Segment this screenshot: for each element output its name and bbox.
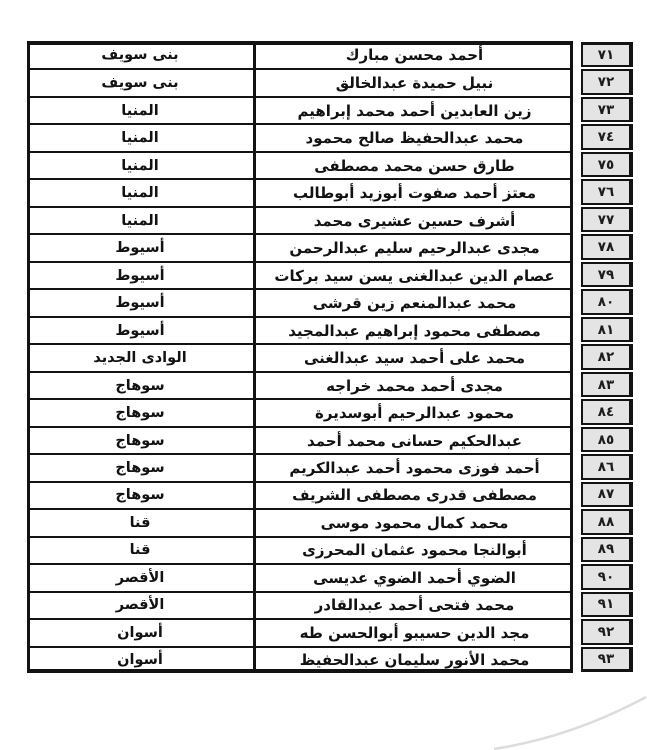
candidate-name: محمود عبدالرحيم أبوسديرة (253, 400, 573, 425)
row-main-cells: محمد عبدالمنعم زين قرشى أسيوط (27, 288, 573, 315)
row-number: ٩٠ (581, 564, 633, 589)
candidate-name: مصطفى قدرى مصطفى الشريف (253, 483, 573, 508)
governorate: سوهاج (27, 428, 253, 453)
row-number: ٨٦ (581, 454, 633, 479)
candidate-name: أحمد محسن مبارك (253, 41, 573, 68)
row-main-cells: عصام الدين عبدالغنى يسن سيد بركات أسيوط (27, 261, 573, 288)
row-main-cells: محمد على أحمد سيد عبدالغنى الوادى الجديد (27, 343, 573, 370)
governorate: قنا (27, 510, 253, 535)
governorate: الوادى الجديد (27, 345, 253, 370)
candidate-name: عصام الدين عبدالغنى يسن سيد بركات (253, 263, 573, 288)
candidate-name: محمد عبدالحفيظ صالح محمود (253, 125, 573, 150)
table-row: ٨٤ محمود عبدالرحيم أبوسديرة سوهاج (27, 398, 633, 425)
row-main-cells: محمود عبدالرحيم أبوسديرة سوهاج (27, 398, 573, 425)
table-row: ٩١ محمد فتحى أحمد عبدالقادر الأقصر (27, 591, 633, 618)
governorate: سوهاج (27, 483, 253, 508)
table-row: ٧٧ أشرف حسين عشيرى محمد المنيا (27, 206, 633, 233)
governorate: بنى سويف (27, 70, 253, 95)
row-main-cells: مصطفى محمود إبراهيم عبدالمجيد أسيوط (27, 316, 573, 343)
candidate-name: محمد فتحى أحمد عبدالقادر (253, 593, 573, 618)
row-number: ٨٣ (581, 372, 633, 397)
candidate-name: زين العابدين أحمد محمد إبراهيم (253, 98, 573, 123)
candidate-name: أحمد فوزى محمود أحمد عبدالكريم (253, 455, 573, 480)
governorate: أسيوط (27, 235, 253, 260)
table-row: ٨٢ محمد على أحمد سيد عبدالغنى الوادى الج… (27, 343, 633, 370)
row-main-cells: محمد عبدالحفيظ صالح محمود المنيا (27, 123, 573, 150)
governorate: سوهاج (27, 400, 253, 425)
row-number: ٧٢ (581, 69, 633, 94)
candidate-name: الضوي أحمد الضوي عديسى (253, 565, 573, 590)
table-row: ٨٣ مجدى أحمد محمد خراجه سوهاج (27, 371, 633, 398)
governorate: قنا (27, 538, 253, 563)
row-number: ٧٥ (581, 152, 633, 177)
row-number: ٧٧ (581, 207, 633, 232)
row-main-cells: مجدى عبدالرحيم سليم عبدالرحمن أسيوط (27, 233, 573, 260)
table-row: ٧٣ زين العابدين أحمد محمد إبراهيم المنيا (27, 96, 633, 123)
row-main-cells: محمد كمال محمود موسى قنا (27, 508, 573, 535)
row-number: ٨٩ (581, 537, 633, 562)
row-number: ٨٤ (581, 399, 633, 424)
governorate: الأقصر (27, 593, 253, 618)
candidates-table: ٧١ أحمد محسن مبارك بنى سويف ٧٢ نبيل حميد… (27, 41, 633, 673)
row-number: ٧٤ (581, 124, 633, 149)
table-row: ٧٥ طارق حسن محمد مصطفى المنيا (27, 151, 633, 178)
row-main-cells: نبيل حميدة عبدالخالق بنى سويف (27, 68, 573, 95)
governorate: المنيا (27, 208, 253, 233)
governorate: بنى سويف (27, 41, 253, 68)
watermark-arc (492, 695, 647, 750)
row-main-cells: محمد فتحى أحمد عبدالقادر الأقصر (27, 591, 573, 618)
candidate-name: محمد عبدالمنعم زين قرشى (253, 290, 573, 315)
candidate-name: نبيل حميدة عبدالخالق (253, 70, 573, 95)
table-row: ٧٦ معتز أحمد صفوت أبوزيد أبوطالب المنيا (27, 178, 633, 205)
row-main-cells: عبدالحكيم حسانى محمد أحمد سوهاج (27, 426, 573, 453)
row-number: ٨١ (581, 317, 633, 342)
row-main-cells: طارق حسن محمد مصطفى المنيا (27, 151, 573, 178)
table-row: ٨٠ محمد عبدالمنعم زين قرشى أسيوط (27, 288, 633, 315)
candidate-name: أبوالنجا محمود عثمان المحرزى (253, 538, 573, 563)
row-main-cells: أحمد محسن مبارك بنى سويف (27, 41, 573, 68)
table-row: ٨٥ عبدالحكيم حسانى محمد أحمد سوهاج (27, 426, 633, 453)
row-main-cells: أشرف حسين عشيرى محمد المنيا (27, 206, 573, 233)
candidate-name: مصطفى محمود إبراهيم عبدالمجيد (253, 318, 573, 343)
row-main-cells: الضوي أحمد الضوي عديسى الأقصر (27, 563, 573, 590)
row-main-cells: مجد الدين حسيبو أبوالحسن طه أسوان (27, 618, 573, 645)
table-row: ٨١ مصطفى محمود إبراهيم عبدالمجيد أسيوط (27, 316, 633, 343)
row-number: ٨٥ (581, 427, 633, 452)
candidate-name: محمد على أحمد سيد عبدالغنى (253, 345, 573, 370)
governorate: سوهاج (27, 455, 253, 480)
governorate: أسوان (27, 620, 253, 645)
row-number: ٧٣ (581, 97, 633, 122)
candidate-name: محمد الأنور سليمان عبدالحفيظ (253, 648, 573, 673)
row-number: ٨٧ (581, 482, 633, 507)
table-row: ٨٧ مصطفى قدرى مصطفى الشريف سوهاج (27, 481, 633, 508)
governorate: الأقصر (27, 565, 253, 590)
row-number: ٨٠ (581, 289, 633, 314)
candidate-name: أشرف حسين عشيرى محمد (253, 208, 573, 233)
table-row: ٩٣ محمد الأنور سليمان عبدالحفيظ أسوان (27, 646, 633, 673)
table-row: ٨٨ محمد كمال محمود موسى قنا (27, 508, 633, 535)
table-row: ٧٢ نبيل حميدة عبدالخالق بنى سويف (27, 68, 633, 95)
row-main-cells: معتز أحمد صفوت أبوزيد أبوطالب المنيا (27, 178, 573, 205)
candidate-name: طارق حسن محمد مصطفى (253, 153, 573, 178)
row-main-cells: محمد الأنور سليمان عبدالحفيظ أسوان (27, 646, 573, 673)
row-main-cells: أحمد فوزى محمود أحمد عبدالكريم سوهاج (27, 453, 573, 480)
table-row: ٧٤ محمد عبدالحفيظ صالح محمود المنيا (27, 123, 633, 150)
governorate: المنيا (27, 180, 253, 205)
candidate-name: مجدى أحمد محمد خراجه (253, 373, 573, 398)
table-row: ٨٩ أبوالنجا محمود عثمان المحرزى قنا (27, 536, 633, 563)
governorate: أسيوط (27, 290, 253, 315)
candidate-name: محمد كمال محمود موسى (253, 510, 573, 535)
row-number: ٨٨ (581, 509, 633, 534)
table-row: ٨٦ أحمد فوزى محمود أحمد عبدالكريم سوهاج (27, 453, 633, 480)
row-number: ٧٨ (581, 234, 633, 259)
table-row: ٧٨ مجدى عبدالرحيم سليم عبدالرحمن أسيوط (27, 233, 633, 260)
candidate-name: معتز أحمد صفوت أبوزيد أبوطالب (253, 180, 573, 205)
candidate-name: عبدالحكيم حسانى محمد أحمد (253, 428, 573, 453)
table-row: ٧٩ عصام الدين عبدالغنى يسن سيد بركات أسي… (27, 261, 633, 288)
row-number: ٩١ (581, 592, 633, 617)
governorate: أسيوط (27, 318, 253, 343)
table-row: ٧١ أحمد محسن مبارك بنى سويف (27, 41, 633, 68)
table-row: ٩٢ مجد الدين حسيبو أبوالحسن طه أسوان (27, 618, 633, 645)
row-number: ٧٦ (581, 179, 633, 204)
scanned-document-page: ٧١ أحمد محسن مبارك بنى سويف ٧٢ نبيل حميد… (0, 0, 647, 750)
row-main-cells: أبوالنجا محمود عثمان المحرزى قنا (27, 536, 573, 563)
row-number: ٧٩ (581, 262, 633, 287)
table-row: ٩٠ الضوي أحمد الضوي عديسى الأقصر (27, 563, 633, 590)
candidate-name: مجد الدين حسيبو أبوالحسن طه (253, 620, 573, 645)
row-number: ٩٢ (581, 619, 633, 644)
governorate: سوهاج (27, 373, 253, 398)
table-rows: ٧١ أحمد محسن مبارك بنى سويف ٧٢ نبيل حميد… (27, 41, 633, 673)
row-number: ٨٢ (581, 344, 633, 369)
row-number: ٩٣ (581, 647, 633, 672)
governorate: المنيا (27, 125, 253, 150)
governorate: أسيوط (27, 263, 253, 288)
candidate-name: مجدى عبدالرحيم سليم عبدالرحمن (253, 235, 573, 260)
row-main-cells: زين العابدين أحمد محمد إبراهيم المنيا (27, 96, 573, 123)
row-number: ٧١ (581, 42, 633, 67)
governorate: المنيا (27, 98, 253, 123)
row-main-cells: مجدى أحمد محمد خراجه سوهاج (27, 371, 573, 398)
governorate: المنيا (27, 153, 253, 178)
governorate: أسوان (27, 648, 253, 673)
row-main-cells: مصطفى قدرى مصطفى الشريف سوهاج (27, 481, 573, 508)
